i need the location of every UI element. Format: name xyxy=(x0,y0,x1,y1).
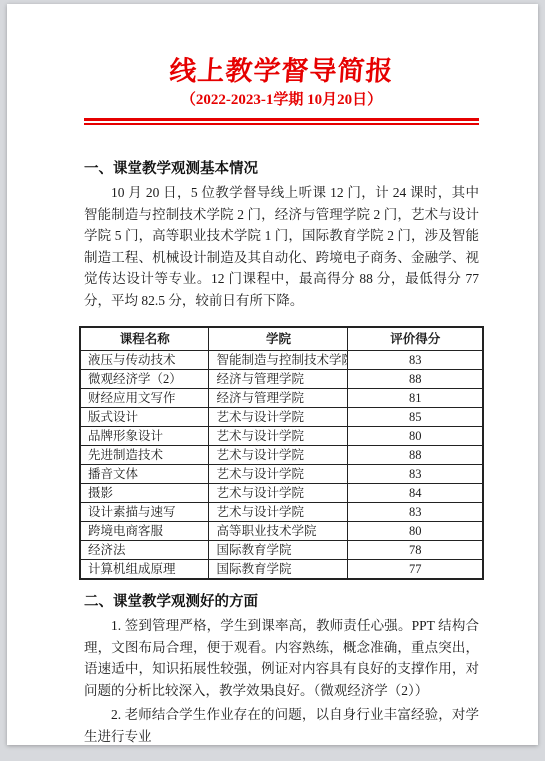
course-cell: 品牌形象设计 xyxy=(80,427,209,446)
course-cell: 经济法 xyxy=(80,541,209,560)
column-header-course: 课程名称 xyxy=(80,327,209,351)
college-cell: 艺术与设计学院 xyxy=(209,408,348,427)
section-heading-good: 二、课堂教学观测好的方面 xyxy=(84,592,479,612)
course-cell: 版式设计 xyxy=(80,408,209,427)
course-cell: 计算机组成原理 xyxy=(80,560,209,580)
page-number: 1 xyxy=(7,686,538,698)
course-cell: 摄影 xyxy=(80,484,209,503)
college-cell: 艺术与设计学院 xyxy=(209,446,348,465)
table-row: 播音文体 艺术与设计学院 83 xyxy=(80,465,483,484)
college-cell: 国际教育学院 xyxy=(209,560,348,580)
table-row: 摄影 艺术与设计学院 84 xyxy=(80,484,483,503)
score-cell: 83 xyxy=(348,503,483,522)
score-cell: 80 xyxy=(348,522,483,541)
table-row: 计算机组成原理 国际教育学院 77 xyxy=(80,560,483,580)
table-row: 经济法 国际教育学院 78 xyxy=(80,541,483,560)
title-divider-rule xyxy=(84,118,479,125)
college-cell: 经济与管理学院 xyxy=(209,370,348,389)
course-cell: 跨境电商客服 xyxy=(80,522,209,541)
course-score-table: 课程名称 学院 评价得分 液压与传动技术 智能制造与控制技术学院 83 微观经济… xyxy=(79,326,484,580)
table-row: 财经应用文写作 经济与管理学院 81 xyxy=(80,389,483,408)
course-cell: 播音文体 xyxy=(80,465,209,484)
document-page: 线上教学督导简报 （2022-2023-1学期 10月20日） 一、课堂教学观测… xyxy=(7,4,538,745)
score-cell: 77 xyxy=(348,560,483,580)
doc-subtitle: （2022-2023-1学期 10月20日） xyxy=(84,89,479,111)
table-row: 版式设计 艺术与设计学院 85 xyxy=(80,408,483,427)
score-cell: 81 xyxy=(348,389,483,408)
score-cell: 85 xyxy=(348,408,483,427)
table-row: 先进制造技术 艺术与设计学院 88 xyxy=(80,446,483,465)
score-cell: 88 xyxy=(348,446,483,465)
score-cell: 80 xyxy=(348,427,483,446)
course-cell: 微观经济学（2） xyxy=(80,370,209,389)
section-basic-paragraph: 10 月 20 日，5 位教学督导线上听课 12 门，计 24 课时，其中智能制… xyxy=(84,182,479,311)
college-cell: 艺术与设计学院 xyxy=(209,465,348,484)
score-cell: 88 xyxy=(348,370,483,389)
college-cell: 经济与管理学院 xyxy=(209,389,348,408)
table-row: 跨境电商客服 高等职业技术学院 80 xyxy=(80,522,483,541)
college-cell: 艺术与设计学院 xyxy=(209,484,348,503)
college-cell: 高等职业技术学院 xyxy=(209,522,348,541)
course-cell: 液压与传动技术 xyxy=(80,351,209,370)
table-row: 品牌形象设计 艺术与设计学院 80 xyxy=(80,427,483,446)
score-cell: 83 xyxy=(348,465,483,484)
table-row: 液压与传动技术 智能制造与控制技术学院 83 xyxy=(80,351,483,370)
column-header-college: 学院 xyxy=(209,327,348,351)
section-heading-basic: 一、课堂教学观测基本情况 xyxy=(84,159,479,179)
score-cell: 84 xyxy=(348,484,483,503)
table-row: 微观经济学（2） 经济与管理学院 88 xyxy=(80,370,483,389)
course-cell: 先进制造技术 xyxy=(80,446,209,465)
column-header-score: 评价得分 xyxy=(348,327,483,351)
score-cell: 83 xyxy=(348,351,483,370)
section-good-paragraph-2: 2. 老师结合学生作业存在的问题，以自身行业丰富经验，对学生进行专业 xyxy=(84,704,479,747)
table-row: 设计素描与速写 艺术与设计学院 83 xyxy=(80,503,483,522)
course-cell: 财经应用文写作 xyxy=(80,389,209,408)
college-cell: 国际教育学院 xyxy=(209,541,348,560)
course-cell: 设计素描与速写 xyxy=(80,503,209,522)
doc-title: 线上教学督导简报 xyxy=(83,54,480,88)
college-cell: 艺术与设计学院 xyxy=(209,503,348,522)
table-header-row: 课程名称 学院 评价得分 xyxy=(80,327,483,351)
college-cell: 艺术与设计学院 xyxy=(209,427,348,446)
score-cell: 78 xyxy=(348,541,483,560)
college-cell: 智能制造与控制技术学院 xyxy=(209,351,348,370)
